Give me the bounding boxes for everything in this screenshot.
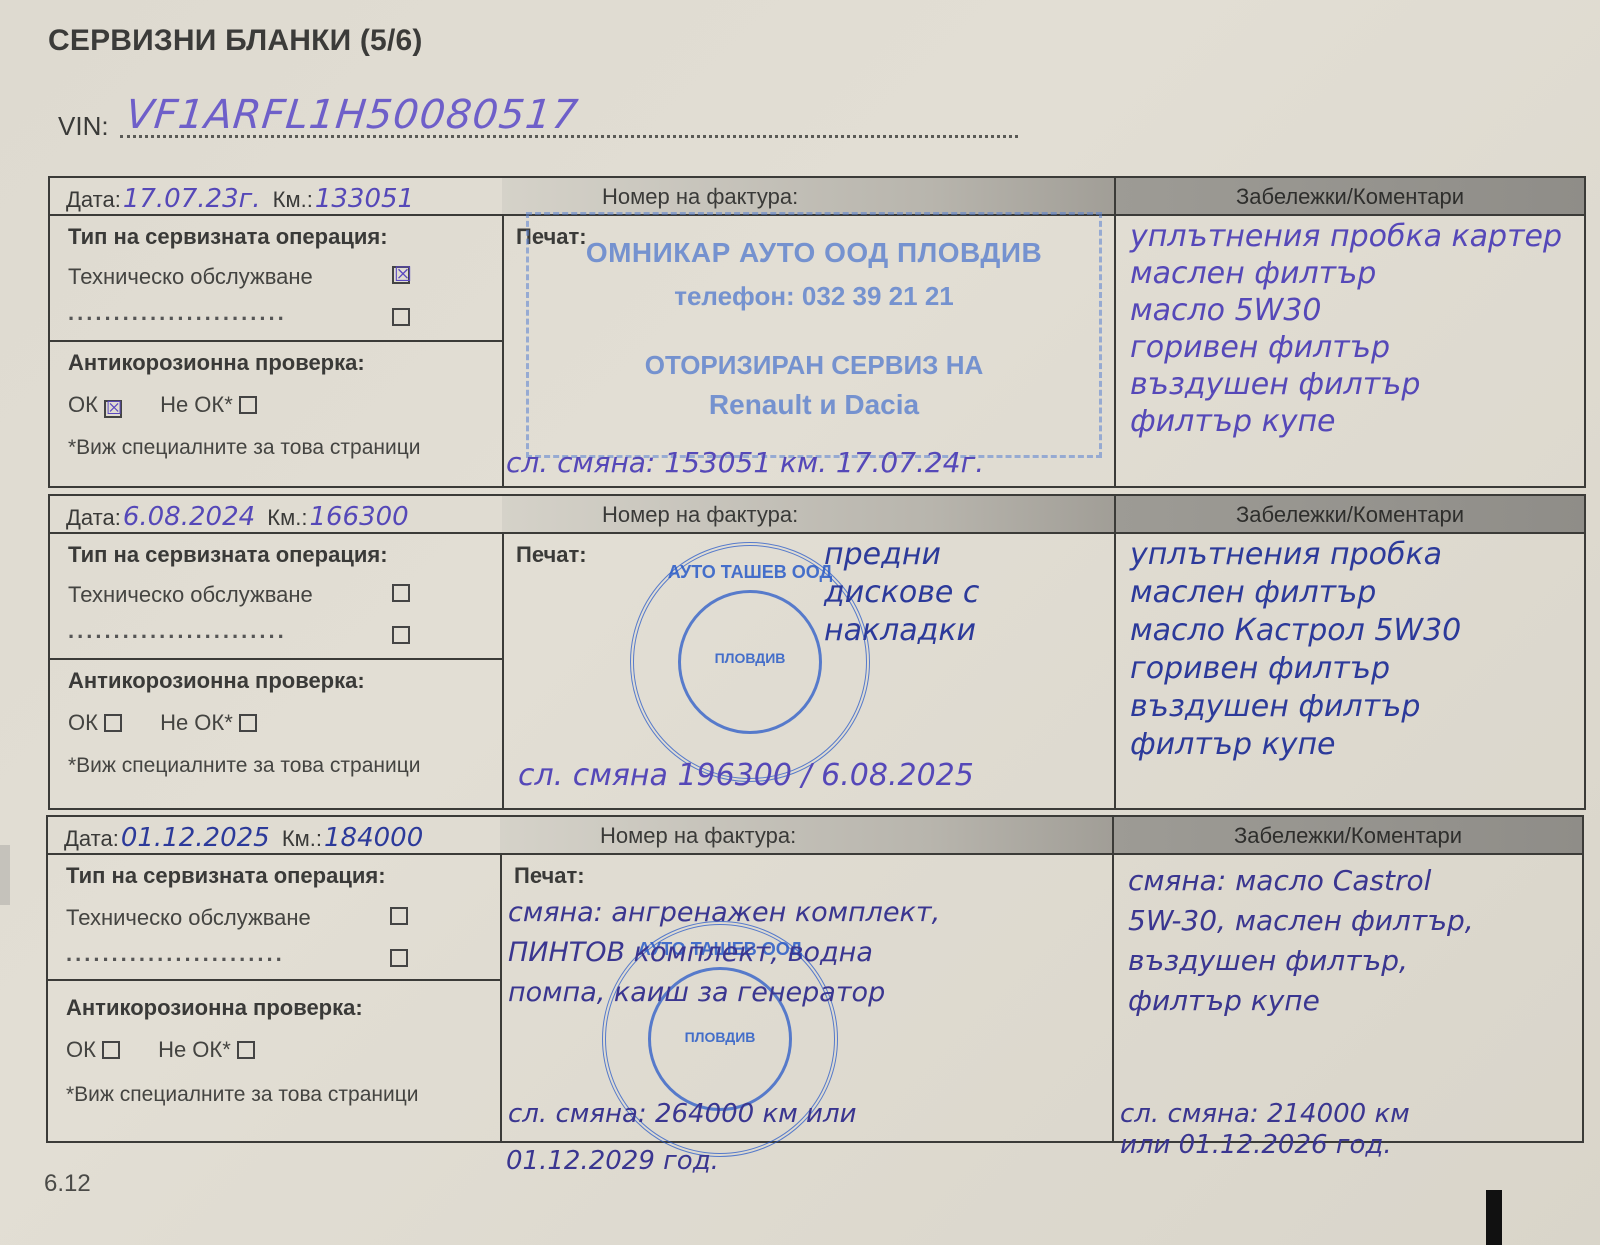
next-service-note: сл. смяна: 153051 км. 17.07.24г. [506, 446, 984, 479]
ok-checkbox[interactable] [104, 714, 122, 732]
note-line: филтър купе [1130, 726, 1576, 764]
not-ok-label: Не ОК* [160, 710, 233, 735]
note-line: въздушен филтър [1130, 366, 1576, 403]
technical-service-label: Техническо обслужване [68, 582, 313, 608]
side-note-line: предни [824, 536, 979, 574]
side-note-line: дискове с [824, 574, 979, 612]
technical-service-label: Техническо обслужване [68, 264, 313, 290]
operation-type-section: Тип на сервизната операция: Техническо о… [50, 216, 502, 342]
km-label: Км.: [282, 826, 322, 851]
stamp-area: Печат: АУТО ТАШЕВ ООД ПЛОВДИВ смяна: анг… [502, 855, 1112, 1141]
note-line: въздушен филтър, [1128, 941, 1574, 981]
corner-mark [1486, 1190, 1502, 1245]
stamp-handwritten-text: смяна: ангренажен комплект, ПИНТОВ компл… [508, 893, 940, 1013]
stamp-brands: Renault и Dacia [529, 389, 1099, 421]
page-number: 6.12 [44, 1170, 91, 1198]
ok-checkbox[interactable] [102, 1041, 120, 1059]
other-operation-checkbox[interactable] [392, 626, 410, 644]
invoice-label: Номер на фактура: [602, 502, 798, 528]
other-operation-dots: ........................ [68, 618, 287, 644]
footnote: *Виж специалните за това страници [68, 754, 420, 778]
footnote: *Виж специалните за това страници [66, 1083, 418, 1107]
not-ok-checkbox[interactable] [237, 1041, 255, 1059]
note-line: уплътнения пробка [1130, 536, 1576, 574]
not-ok-checkbox[interactable] [239, 714, 257, 732]
stamp-text-line: помпа, каиш за генератор [508, 973, 940, 1013]
technical-service-checkbox[interactable] [390, 907, 408, 925]
stamp-text-line: смяна: ангренажен комплект, [508, 893, 940, 933]
service-entry-3: Дата:01.12.2025 Км.:184000 Номер на факт… [46, 815, 1584, 1143]
date-value[interactable]: 6.08.2024 [123, 502, 255, 532]
service-entry-1: Дата:17.07.23г. Км.:133051 Номер на факт… [48, 176, 1586, 488]
next-service-date-note: или 01.12.2026 год. [1120, 1130, 1392, 1160]
vin-label: VIN: [58, 111, 109, 142]
notes-list: уплътнения пробка маслен филтър масло Ка… [1130, 536, 1576, 764]
not-ok-label: Не ОК* [160, 392, 233, 417]
note-line: въздушен филтър [1130, 688, 1576, 726]
notes-list: смяна: масло Castrol 5W-30, маслен филтъ… [1128, 861, 1574, 1021]
notes-header: Забележки/Коментари [1116, 502, 1584, 528]
note-line: филтър купе [1128, 981, 1574, 1021]
stamp-label: Печат: [516, 542, 587, 568]
technical-service-checkbox[interactable] [392, 584, 410, 602]
notes-area: уплътнения пробка картер маслен филтър м… [1114, 216, 1584, 486]
operation-type-section: Тип на сервизната операция: Техническо о… [50, 534, 502, 660]
stamp-inner-text: ПЛОВДИВ [606, 1029, 834, 1045]
anticorrosion-section: Антикорозионна проверка: ОК Не ОК* *Виж … [48, 981, 500, 1141]
next-service-note: сл. смяна: 264000 км или [508, 1099, 856, 1129]
note-line: уплътнения пробка картер [1130, 218, 1576, 255]
anticorrosion-section: Антикорозионна проверка: ОК☒ Не ОК* *Виж… [50, 342, 502, 486]
not-ok-checkbox[interactable] [239, 396, 257, 414]
other-operation-dots: ........................ [68, 300, 287, 326]
note-line: маслен филтър [1130, 574, 1576, 612]
footnote: *Виж специалните за това страници [68, 436, 420, 460]
note-line: филтър купе [1130, 403, 1576, 440]
date-value[interactable]: 17.07.23г. [123, 184, 261, 214]
date-label: Дата: [66, 187, 121, 212]
other-operation-checkbox[interactable] [390, 949, 408, 967]
entry-header: Дата:01.12.2025 Км.:184000 Номер на факт… [48, 817, 1582, 855]
stamp-text-line: ПИНТОВ комплект, водна [508, 933, 940, 973]
next-service-date-note: 01.12.2029 год. [506, 1146, 719, 1176]
stamp-authorized: ОТОРИЗИРАН СЕРВИЗ НА [529, 350, 1099, 381]
not-ok-label: Не ОК* [158, 1037, 231, 1062]
notes-area: уплътнения пробка маслен филтър масло Ка… [1114, 534, 1584, 808]
notes-header: Забележки/Коментари [1116, 184, 1584, 210]
operation-type-title: Тип на сервизната операция: [68, 542, 388, 568]
entry-header: Дата:17.07.23г. Км.:133051 Номер на факт… [50, 178, 1584, 216]
notes-area: смяна: масло Castrol 5W-30, маслен филтъ… [1112, 855, 1582, 1141]
operation-type-title: Тип на сервизната операция: [66, 863, 386, 889]
date-label: Дата: [66, 505, 121, 530]
vin-value[interactable]: VF1ARFL1H50080517 [124, 92, 581, 138]
stamp-area: Печат: ОМНИКАР АУТО ООД ПЛОВДИВ телефон:… [504, 216, 1114, 486]
note-line: масло 5W30 [1130, 292, 1576, 329]
km-label: Км.: [267, 505, 307, 530]
side-note-line: накладки [824, 612, 979, 650]
km-label: Км.: [273, 187, 313, 212]
ok-checkbox[interactable]: ☒ [104, 400, 122, 418]
anticorrosion-section: Антикорозионна проверка: ОК Не ОК* *Виж … [50, 660, 502, 808]
ok-label: ОК [68, 392, 98, 417]
notes-list: уплътнения пробка картер маслен филтър м… [1130, 218, 1576, 440]
operation-type-section: Тип на сервизната операция: Техническо о… [48, 855, 500, 981]
next-service-note: сл. смяна 196300 / 6.08.2025 [518, 758, 974, 793]
page-title: СЕРВИЗНИ БЛАНКИ (5/6) [48, 24, 423, 58]
vin-row: VIN: VF1ARFL1H50080517 [58, 86, 1018, 146]
technical-service-checkbox[interactable]: ☒ [392, 266, 410, 284]
date-value[interactable]: 01.12.2025 [121, 823, 270, 853]
technical-service-label: Техническо обслужване [66, 905, 311, 931]
entry-header: Дата:6.08.2024 Км.:166300 Номер на факту… [50, 496, 1584, 534]
km-value[interactable]: 133051 [315, 184, 414, 214]
stamp-phone: телефон: 032 39 21 21 [529, 281, 1099, 312]
ok-label: ОК [66, 1037, 96, 1062]
note-line: масло Кастрол 5W30 [1130, 612, 1576, 650]
other-operation-checkbox[interactable] [392, 308, 410, 326]
note-line: 5W-30, маслен филтър, [1128, 901, 1574, 941]
note-line: горивен филтър [1130, 650, 1576, 688]
stamp-inner-text: ПЛОВДИВ [634, 650, 866, 666]
note-line: горивен филтър [1130, 329, 1576, 366]
anticorrosion-title: Антикорозионна проверка: [66, 995, 363, 1021]
invoice-label: Номер на фактура: [600, 823, 796, 849]
operation-type-title: Тип на сервизната операция: [68, 224, 388, 250]
anticorrosion-title: Антикорозионна проверка: [68, 668, 365, 694]
next-service-note: сл. смяна: 214000 км [1120, 1099, 1410, 1129]
km-value[interactable]: 166300 [309, 502, 408, 532]
rectangular-stamp: ОМНИКАР АУТО ООД ПЛОВДИВ телефон: 032 39… [526, 212, 1102, 458]
service-entry-2: Дата:6.08.2024 Км.:166300 Номер на факту… [48, 494, 1586, 810]
km-value[interactable]: 184000 [324, 823, 423, 853]
note-line: смяна: масло Castrol [1128, 861, 1574, 901]
date-label: Дата: [64, 826, 119, 851]
notes-header: Забележки/Коментари [1114, 823, 1582, 849]
stamp-label: Печат: [514, 863, 585, 889]
page-edge-mark [0, 845, 10, 905]
other-operation-dots: ........................ [66, 941, 285, 967]
stamp-side-note: предни дискове с накладки [824, 536, 979, 650]
note-line: маслен филтър [1130, 255, 1576, 292]
stamp-area: Печат: АУТО ТАШЕВ ООД ПЛОВДИВ предни дис… [504, 534, 1114, 808]
invoice-label: Номер на фактура: [602, 184, 798, 210]
anticorrosion-title: Антикорозионна проверка: [68, 350, 365, 376]
stamp-company: ОМНИКАР АУТО ООД ПЛОВДИВ [529, 237, 1099, 269]
ok-label: ОК [68, 710, 98, 735]
